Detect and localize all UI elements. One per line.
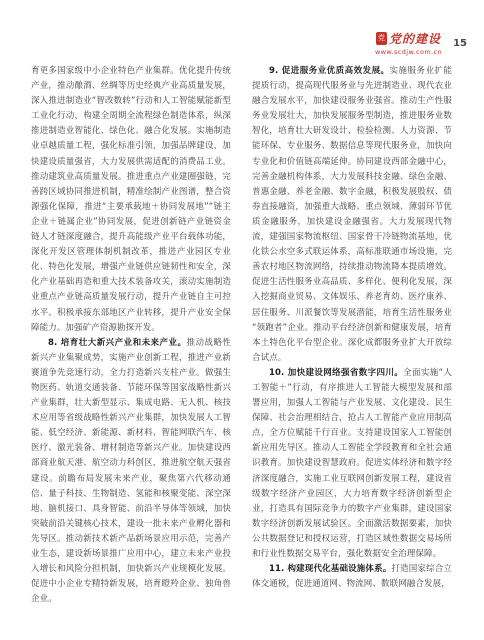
journal-title: 党的建设	[389, 30, 441, 47]
page-number: 15	[453, 38, 467, 49]
paragraph-heading: 9. 促进服务业优质高效发展。	[269, 66, 390, 76]
paragraph-heading: 10. 加快建设网络强省数字四川。	[269, 368, 403, 378]
paragraph-heading: 8. 培育壮大新兴产业和未来产业。	[48, 338, 186, 348]
text-column-right: 9. 促进服务业优质高效发展。实施服务业扩能提质行动，提高现代服务业与先进制造业…	[252, 64, 452, 607]
paragraph: 10. 加快建设网络强省数字四川。全面实施“人工智能＋”行动，有序推进人工智能大…	[252, 366, 452, 562]
journal-logo: 党 党的建设 www.scdjw.com.cn	[375, 30, 442, 56]
text-column-left: 育更多国家级中小企业特色产业集群。优化提升传统产业，推动酿酒、丝绸等历史经典产业…	[31, 64, 231, 607]
page-header: 党 党的建设 www.scdjw.com.cn 15	[375, 30, 467, 56]
paragraph: 8. 培育壮大新兴产业和未来产业。推动战略性新兴产业集聚成势，实施产业创新工程，…	[31, 336, 231, 608]
magazine-page: 党 党的建设 www.scdjw.com.cn 15 育更多国家级中小企业特色产…	[0, 0, 484, 640]
paragraph: 11. 构建现代化基础设施体系。打造国家综合立体交通极，促进通道网、物流网、数联…	[252, 562, 452, 592]
journal-url: www.scdjw.com.cn	[375, 48, 442, 56]
paragraph: 育更多国家级中小企业特色产业集群。优化提升传统产业，推动酿酒、丝绸等历史经典产业…	[31, 64, 231, 336]
journal-seal-icon: 党	[376, 32, 387, 45]
paragraph-heading: 11. 构建现代化基础设施体系。	[269, 564, 391, 574]
journal-logo-row: 党 党的建设	[376, 30, 441, 47]
text-columns: 育更多国家级中小企业特色产业集群。优化提升传统产业，推动酿酒、丝绸等历史经典产业…	[31, 64, 452, 607]
paragraph: 9. 促进服务业优质高效发展。实施服务业扩能提质行动，提高现代服务业与先进制造业…	[252, 64, 452, 366]
